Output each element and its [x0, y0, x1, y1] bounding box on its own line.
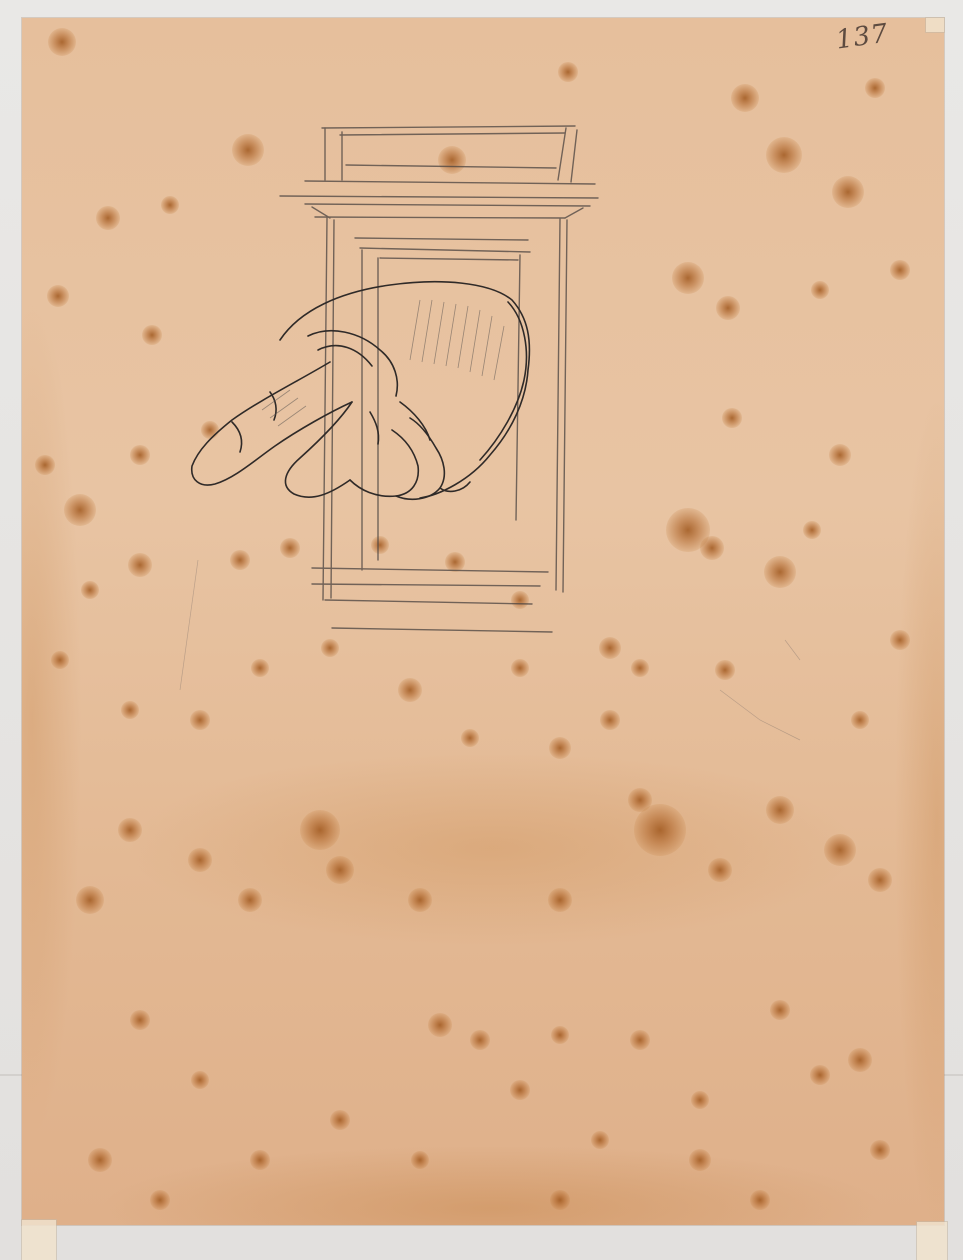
foxing-spot	[868, 868, 892, 892]
foxing-spot	[300, 810, 340, 850]
foxing-spot	[118, 818, 142, 842]
foxing-spot	[428, 1013, 452, 1037]
foxing-spot	[766, 796, 794, 824]
foxing-spot	[96, 206, 120, 230]
foxing-spot	[764, 556, 796, 588]
foxing-spot	[250, 1150, 270, 1170]
foxing-spot	[48, 28, 76, 56]
foxing-spot	[121, 701, 139, 719]
foxing-spot	[591, 1131, 609, 1149]
foxing-spot	[829, 444, 851, 466]
tape-hinge-top-right	[926, 18, 944, 32]
foxing-spot	[824, 834, 856, 866]
foxing-spot	[722, 408, 742, 428]
foxing-spot	[238, 888, 262, 912]
foxing-spot	[47, 285, 69, 307]
foxing-spot	[411, 1151, 429, 1169]
foxing-spot	[600, 710, 620, 730]
foxing-spot	[672, 262, 704, 294]
foxing-spot	[630, 1030, 650, 1050]
foxing-spot	[551, 1026, 569, 1044]
foxing-spot	[715, 660, 735, 680]
foxing-spot	[438, 146, 466, 174]
foxing-spot	[803, 521, 821, 539]
foxing-spot	[865, 78, 885, 98]
foxing-spot	[716, 296, 740, 320]
foxing-spot	[128, 553, 152, 577]
foxing-spot	[81, 581, 99, 599]
foxing-spot	[191, 1071, 209, 1089]
foxing-spot	[549, 737, 571, 759]
foxing-spot	[161, 196, 179, 214]
foxing-spot	[76, 886, 104, 914]
foxing-spot	[201, 421, 219, 439]
foxing-spot	[848, 1048, 872, 1072]
foxing-spot	[558, 62, 578, 82]
foxing-spot	[766, 137, 802, 173]
foxing-spot	[35, 455, 55, 475]
tape-hinge-bottom-right	[917, 1222, 947, 1260]
foxing-spot	[750, 1190, 770, 1210]
foxing-spot	[700, 536, 724, 560]
foxing-spot	[190, 710, 210, 730]
foxing-spot	[330, 1110, 350, 1130]
foxing-spot	[811, 281, 829, 299]
foxing-spot	[398, 678, 422, 702]
foxing-spot	[890, 260, 910, 280]
foxing-spot	[280, 538, 300, 558]
foxing-spot	[731, 84, 759, 112]
foxing-spot	[321, 639, 339, 657]
foxing-spot	[230, 550, 250, 570]
foxing-spot	[326, 856, 354, 884]
foxing-spot	[408, 888, 432, 912]
foxing-spot	[150, 1190, 170, 1210]
foxing-spot	[689, 1149, 711, 1171]
foxing-spot	[870, 1140, 890, 1160]
foxing-spot	[770, 1000, 790, 1020]
foxing-spot	[510, 1080, 530, 1100]
foxing-spot	[188, 848, 212, 872]
foxing-spot	[461, 729, 479, 747]
foxing-spot	[631, 659, 649, 677]
foxing-spot	[550, 1190, 570, 1210]
foxing-spot	[851, 711, 869, 729]
foxing-spot	[251, 659, 269, 677]
foxing-spot	[890, 630, 910, 650]
foxing-spot	[548, 888, 572, 912]
foxing-spot	[88, 1148, 112, 1172]
foxing-spot	[832, 176, 864, 208]
tape-hinge-bottom-left	[22, 1220, 56, 1260]
foxing-spot	[130, 1010, 150, 1030]
foxing-spot	[142, 325, 162, 345]
foxing-spot	[708, 858, 732, 882]
foxing-spot	[232, 134, 264, 166]
foxing-spot	[51, 651, 69, 669]
foxing-spot	[628, 788, 652, 812]
foxing-spot	[810, 1065, 830, 1085]
foxing-spot	[691, 1091, 709, 1109]
foxing-spot	[511, 659, 529, 677]
foxing-spot	[130, 445, 150, 465]
foxing-spot	[470, 1030, 490, 1050]
foxing-spot	[371, 536, 389, 554]
foxing-spot	[599, 637, 621, 659]
foxing-spot	[64, 494, 96, 526]
foxing-spot	[445, 552, 465, 572]
foxing-spot	[511, 591, 529, 609]
